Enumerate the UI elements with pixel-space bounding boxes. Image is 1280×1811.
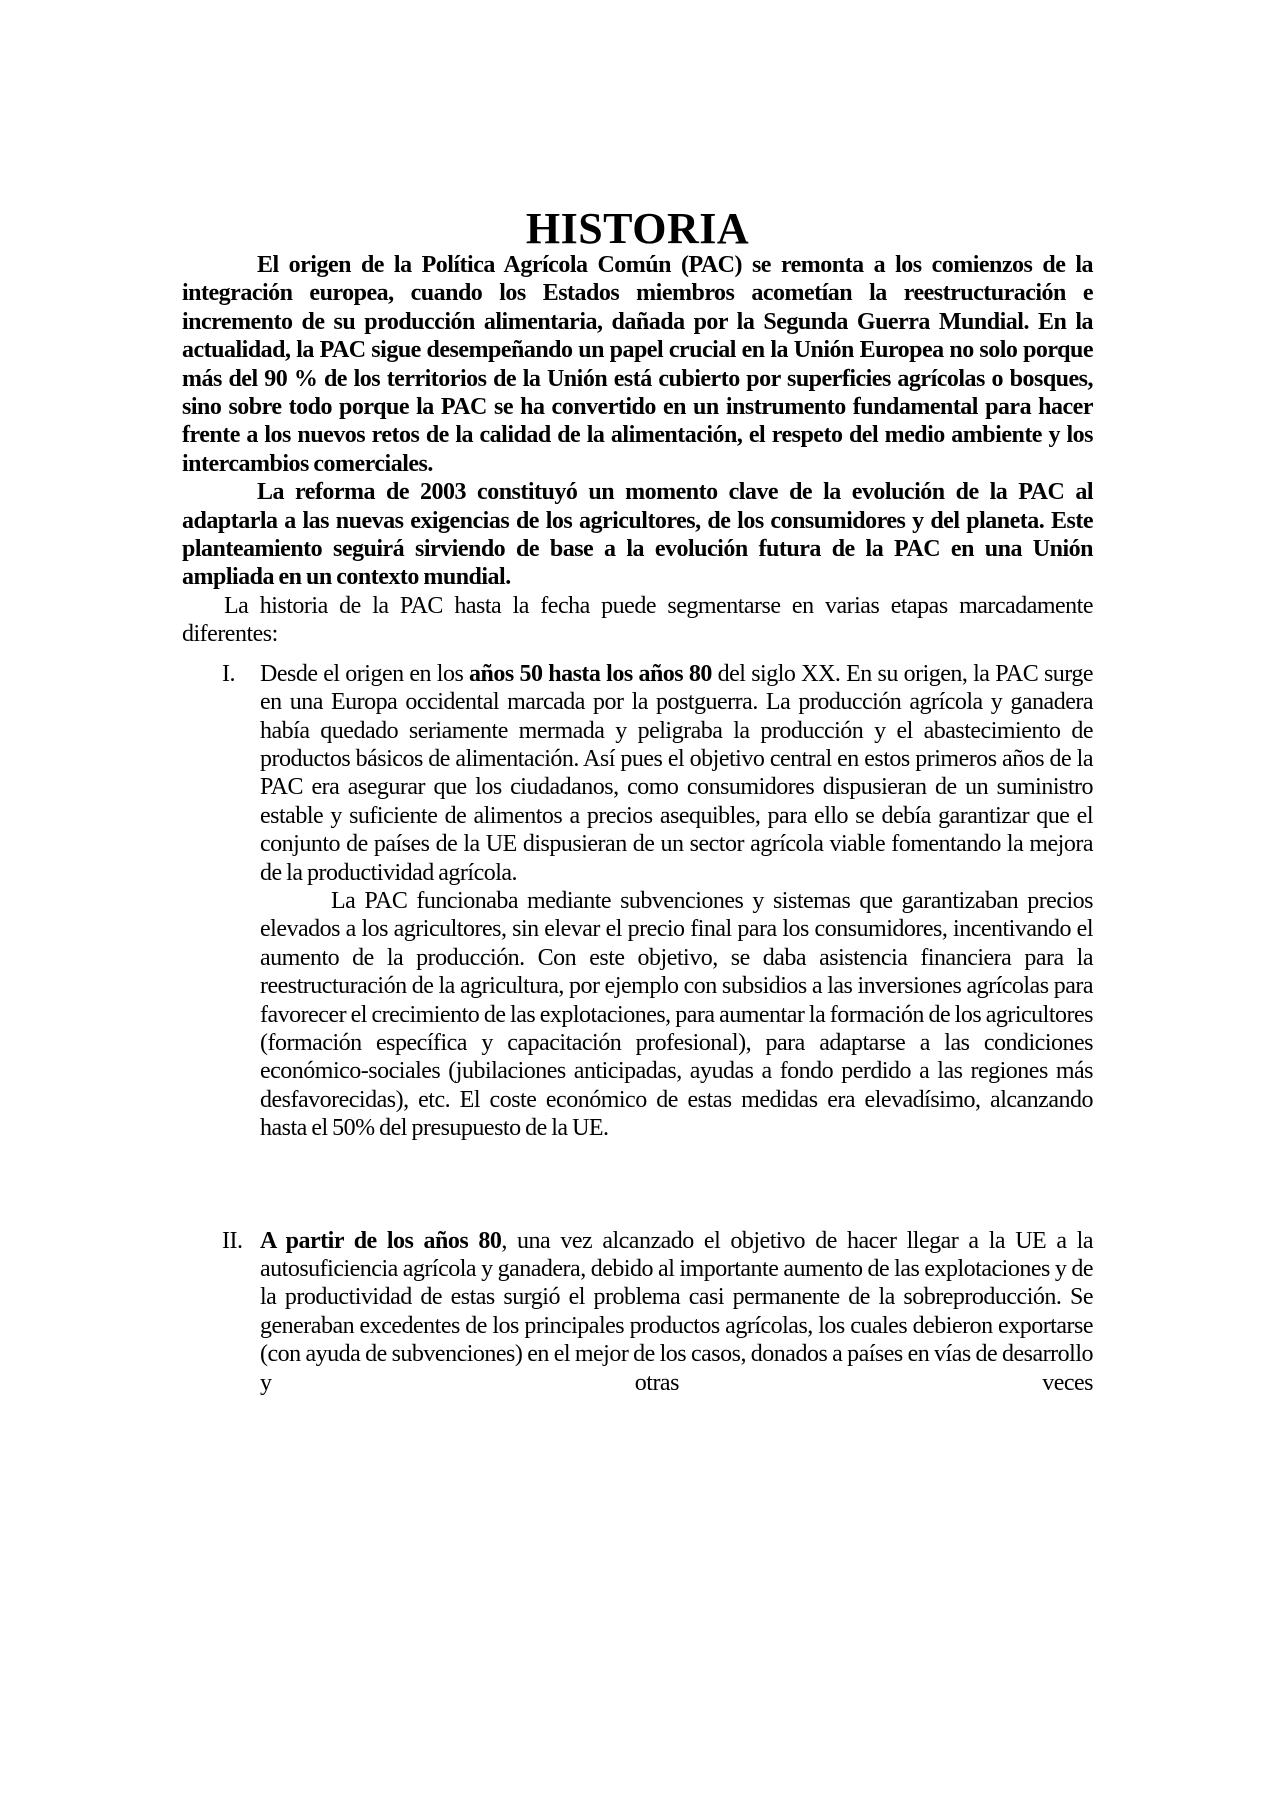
intro-paragraph-2: La reforma de 2003 constituyó un momento…: [182, 478, 1093, 592]
list-item-1-lead: Desde el origen en los: [260, 661, 469, 687]
list-item-1-rest: del siglo XX. En su origen, la PAC surge…: [260, 661, 1093, 886]
list-marker-1: I.: [222, 660, 235, 688]
list-item-1-bold-run: años 50 hasta los años 80: [469, 661, 712, 687]
list-item-1-text: Desde el origen en los años 50 hasta los…: [260, 660, 1093, 887]
list-item-1-subparagraph: La PAC funcionaba mediante subvenciones …: [260, 887, 1093, 1143]
list-item-2: II. A partir de los años 80, una vez alc…: [182, 1227, 1093, 1397]
list-item-1: I. Desde el origen en los años 50 hasta …: [182, 660, 1093, 1143]
list-item-2-text: A partir de los años 80, una vez alcanza…: [260, 1227, 1093, 1397]
intro-paragraph-3: La historia de la PAC hasta la fecha pue…: [182, 592, 1093, 649]
list-item-2-bold-run: A partir de los años 80: [260, 1228, 501, 1254]
text-column: HISTORIA El origen de la Política Agríco…: [182, 0, 1093, 1397]
list-marker-2: II.: [222, 1227, 242, 1255]
document-page: HISTORIA El origen de la Política Agríco…: [0, 0, 1280, 1811]
page-title: HISTORIA: [182, 207, 1093, 251]
intro-paragraph-1: El origen de la Política Agrícola Común …: [182, 251, 1093, 478]
